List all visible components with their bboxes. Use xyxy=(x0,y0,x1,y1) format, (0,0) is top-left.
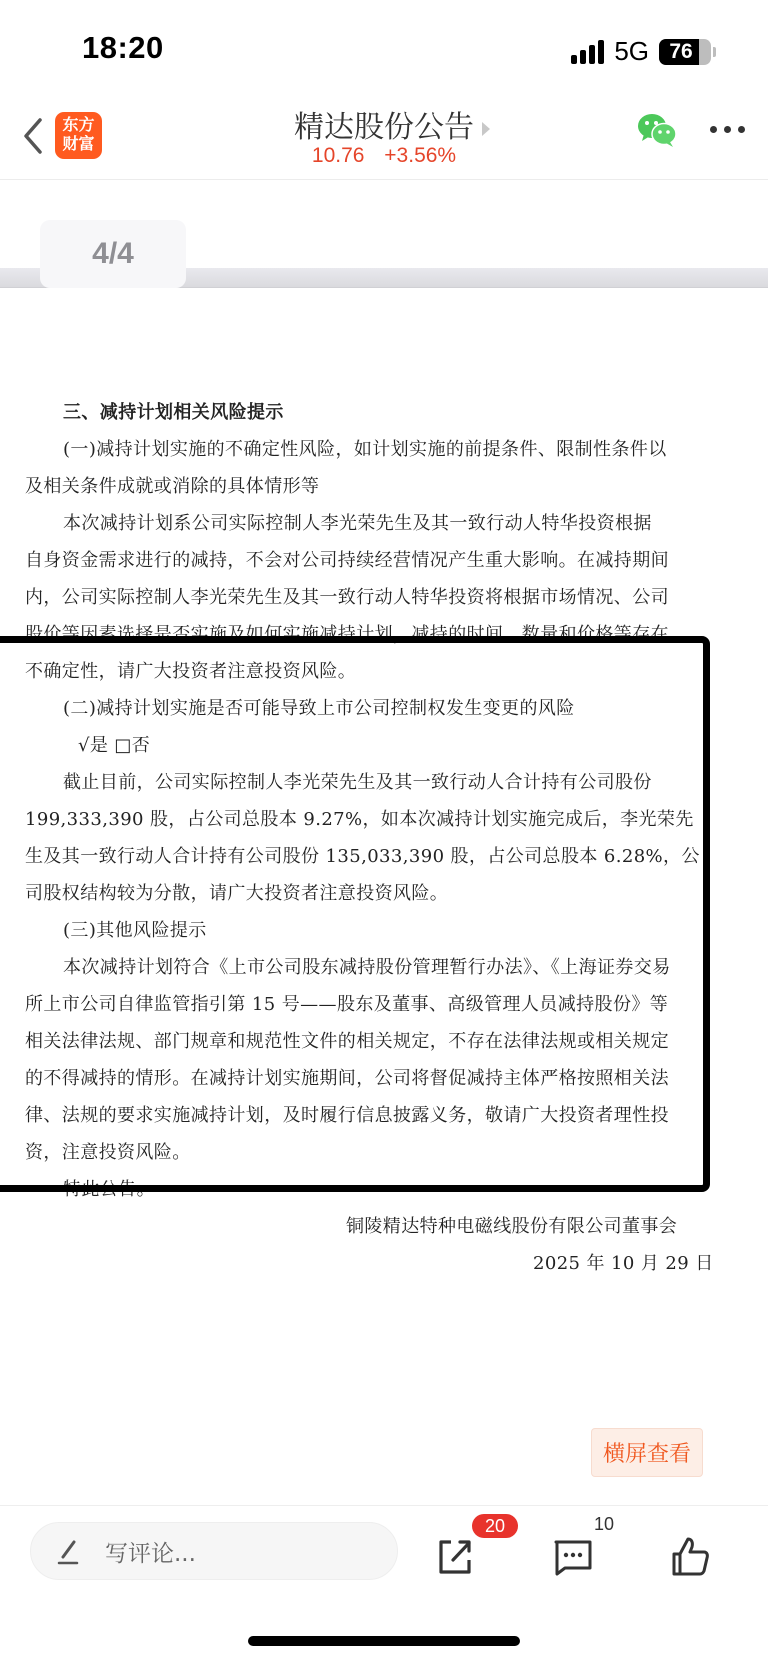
status-bar: 18:20 5G 76 xyxy=(0,0,768,100)
document-line: 的不得减持的情形。在减持计划实施期间，公司将督促减持主体严格按照相关法 xyxy=(25,1066,669,1092)
comment-input[interactable]: 写评论... xyxy=(30,1522,398,1580)
document-line: √是 □否 xyxy=(78,733,150,759)
more-icon xyxy=(710,126,717,133)
landscape-view-button[interactable]: 横屏查看 xyxy=(591,1428,703,1477)
battery-level: 76 xyxy=(659,39,703,65)
document-line: 本次减持计划符合《上市公司股东减持股份管理暂行办法》、《上海证券交易 xyxy=(63,955,671,981)
document-line: 自身资金需求进行的减持，不会对公司持续经营情况产生重大影响。在减持期间 xyxy=(25,548,669,574)
section-heading: 三、减持计划相关风险提示 xyxy=(63,400,284,426)
share-icon xyxy=(433,1534,477,1578)
document-line: 2025 年 10 月 29 日 xyxy=(533,1251,714,1277)
document-line: 相关法律法规、部门规章和规范性文件的相关规定，不存在法律法规或相关规定 xyxy=(25,1029,669,1055)
comment-icon xyxy=(551,1534,595,1578)
document-line: 所上市公司自律监管指引第 15 号——股东及董事、高级管理人员减持股份》等 xyxy=(25,992,668,1018)
document-line: (三)其他风险提示 xyxy=(63,918,207,944)
document-line: 铜陵精达特种电磁线股份有限公司董事会 xyxy=(346,1214,677,1240)
comment-placeholder: 写评论... xyxy=(105,1535,196,1568)
document-line: 内，公司实际控制人李光荣先生及其一致行动人特华投资将根据市场情况、公司 xyxy=(25,585,669,611)
document-line: 不确定性，请广大投资者注意投资风险。 xyxy=(25,659,356,685)
document-line: 截止目前，公司实际控制人李光荣先生及其一致行动人合计持有公司股份 xyxy=(63,770,652,796)
network-type: 5G xyxy=(614,36,649,67)
comment-count: 10 xyxy=(594,1514,614,1535)
document-line: 199,333,390 股，占公司总股本 9.27%，如本次减持计划实施完成后，… xyxy=(25,807,694,833)
signal-icon xyxy=(571,40,604,64)
battery-icon: 76 xyxy=(659,39,711,65)
more-button[interactable] xyxy=(710,126,745,133)
document-line: (一)减持计划实施的不确定性风险，如计划实施的前提条件、限制性条件以 xyxy=(63,437,667,463)
document-line: 股价等因素选择是否实施及如何实施减持计划，减持的时间、数量和价格等存在 xyxy=(25,622,669,648)
document-line: 及相关条件成就或消除的具体情形等 xyxy=(25,474,319,500)
page-indicator: 4/4 xyxy=(40,220,186,288)
pen-icon xyxy=(55,1536,81,1566)
share-button[interactable] xyxy=(433,1534,477,1578)
stock-price: 10.76 xyxy=(312,144,365,167)
stock-change: +3.56% xyxy=(384,144,456,167)
like-button[interactable] xyxy=(668,1534,712,1578)
wechat-icon xyxy=(636,112,678,148)
home-indicator[interactable] xyxy=(248,1636,520,1646)
battery-cap xyxy=(713,47,716,57)
comments-button[interactable] xyxy=(551,1534,595,1578)
document-line: 本次减持计划系公司实际控制人李光荣先生及其一致行动人特华投资根据 xyxy=(63,511,652,537)
caret-right-icon[interactable] xyxy=(482,122,490,136)
document-line: 律、法规的要求实施减持计划，及时履行信息披露义务，敬请广大投资者理性投 xyxy=(25,1103,669,1129)
share-count-badge: 20 xyxy=(472,1514,518,1538)
document-line: 司股权结构较为分散，请广大投资者注意投资风险。 xyxy=(25,881,448,907)
status-time: 18:20 xyxy=(82,30,164,66)
nav-bar: 东方 财富 精达股份公告 10.76 +3.56% xyxy=(0,96,768,180)
thumbs-up-icon xyxy=(668,1534,712,1578)
document-line: (二)减持计划实施是否可能导致上市公司控制权发生变更的风险 xyxy=(63,696,575,722)
status-indicators: 5G 76 xyxy=(571,36,716,67)
document-line: 资，注意投资风险。 xyxy=(25,1140,191,1166)
document-line: 特此公告。 xyxy=(63,1177,155,1203)
wechat-share-button[interactable] xyxy=(636,112,678,148)
document-line: 生及其一致行动人合计持有公司股份 135,033,390 股，占公司总股本 6.… xyxy=(25,844,700,870)
